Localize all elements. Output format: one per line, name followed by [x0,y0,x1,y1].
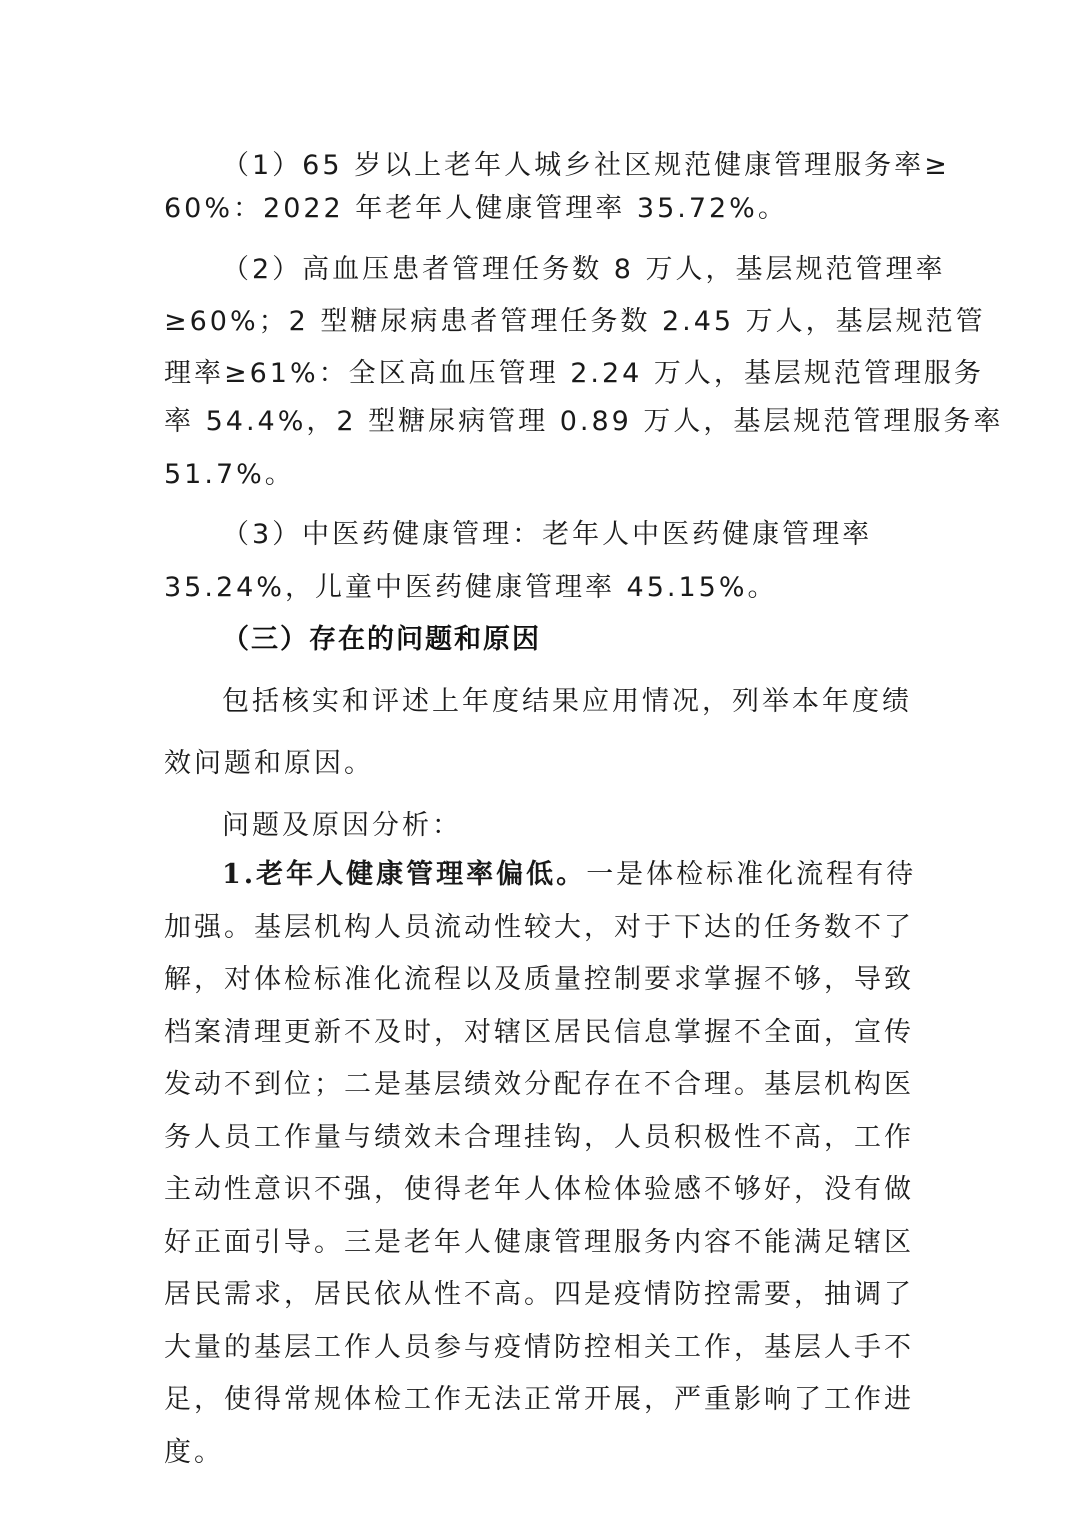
problem-1-line-6: 务人员工作量与绩效未合理挂钩，人员积极性不高，工作 [164,1120,914,1156]
item-2-line-3: 理率≥61%：全区高血压管理 2.24 万人，基层规范管理服务 [164,356,984,392]
problem-1-line-8: 好正面引导。三是老年人健康管理服务内容不能满足辖区 [164,1225,914,1261]
problem-1-lead: 1.老年人健康管理率偏低。 [222,859,586,890]
item-2-line-4: 率 54.4%，2 型糖尿病管理 0.89 万人，基层规范管理服务率 [164,404,1003,440]
problem-1-line-9: 居民需求，居民依从性不高。四是疫情防控需要，抽调了 [164,1277,914,1313]
item-3-line-2: 35.24%，儿童中医药健康管理率 45.15%。 [164,570,777,606]
problem-1-line-11: 足，使得常规体检工作无法正常开展，严重影响了工作进 [164,1382,914,1418]
item-2-line-5: 51.7%。 [164,457,295,493]
document-page: （1）65 岁以上老年人城乡社区规范健康管理服务率≥ 60%：2022 年老年人… [0,0,1075,1521]
intro-line-1: 包括核实和评述上年度结果应用情况，列举本年度绩 [222,684,912,720]
section-heading-problems: （三）存在的问题和原因 [222,622,541,658]
problem-1-line-10: 大量的基层工作人员参与疫情防控相关工作，基层人手不 [164,1330,914,1366]
item-2-line-2: ≥60%；2 型糖尿病患者管理任务数 2.45 万人，基层规范管 [164,304,986,340]
problem-1-line-1: 1.老年人健康管理率偏低。一是体检标准化流程有待 [222,857,916,893]
problem-1-line-4: 档案清理更新不及时，对辖区居民信息掌握不全面，宣传 [164,1015,914,1051]
item-2-line-1: （2）高血压患者管理任务数 8 万人，基层规范管理率 [222,252,946,288]
item-3-line-1: （3）中医药健康管理：老年人中医药健康管理率 [222,517,872,553]
problem-1-line-3: 解，对体检标准化流程以及质量控制要求掌握不够，导致 [164,962,914,998]
problem-1-line-7: 主动性意识不强，使得老年人体检体验感不够好，没有做 [164,1172,914,1208]
intro-line-2: 效问题和原因。 [164,746,374,782]
problem-1-line-12: 度。 [164,1435,224,1471]
analysis-label: 问题及原因分析： [222,808,462,844]
problem-1-line-5: 发动不到位；二是基层绩效分配存在不合理。基层机构医 [164,1067,914,1103]
item-1-line-1: （1）65 岁以上老年人城乡社区规范健康管理服务率≥ [222,148,950,184]
problem-1-line-2: 加强。基层机构人员流动性较大，对于下达的任务数不了 [164,910,914,946]
problem-1-line-1-text: 一是体检标准化流程有待 [586,859,916,890]
item-1-line-2: 60%：2022 年老年人健康管理率 35.72%。 [164,191,788,227]
